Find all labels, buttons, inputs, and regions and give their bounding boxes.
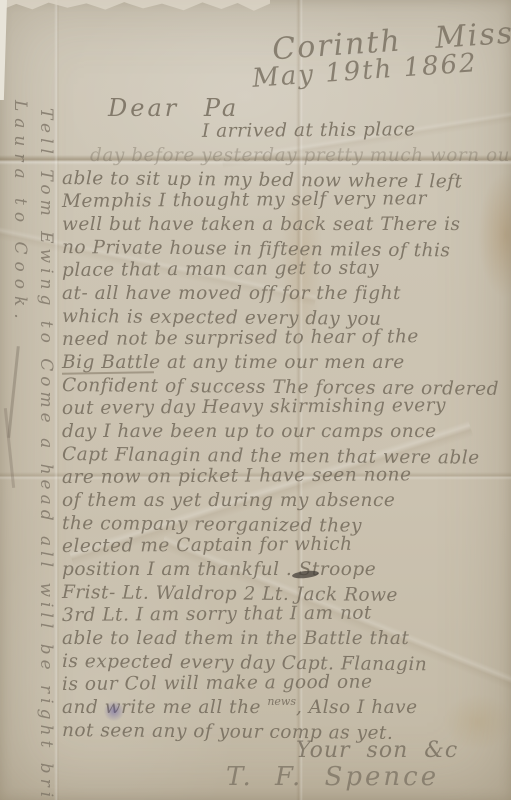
body-line: 3rd Lt. I am sorry that I am not	[62, 600, 510, 627]
letter-closing: Your son &c	[296, 738, 458, 763]
body-line: are now on picket I have seen none	[62, 462, 510, 489]
ink-smudge	[104, 700, 124, 722]
body-line: and write me all the news, Also I have	[62, 696, 510, 719]
body-line: I arrived at this place	[62, 117, 510, 144]
body-line: day I have been up to our camps once	[62, 420, 510, 443]
body-line: is our Col will make a good one	[62, 669, 510, 696]
body-line: at- all have moved off for the fight	[62, 282, 510, 305]
body-line: Big Battle at any time our men are	[62, 351, 510, 374]
body-line: out every day Heavy skirmishing every	[62, 393, 510, 420]
body-line: place that a man can get to stay	[62, 255, 510, 282]
body-line: well but have taken a back seat There is	[62, 213, 510, 236]
letter-signature: T. F. Spence	[226, 762, 439, 792]
letter-photo: Corinth Miss May 19th 1862 Dear Pa I arr…	[0, 0, 511, 800]
body-line: able to lead them in the Battle that	[62, 627, 510, 650]
body-line: Memphis I thought my self very near	[62, 186, 510, 213]
margin-note-line2: Laura to Cook.	[10, 100, 30, 450]
inserted-word: news	[267, 695, 296, 708]
body-line: need not be surprised to hear of the	[62, 324, 510, 351]
body-line: day before yesterday pretty much worn ou…	[62, 144, 510, 167]
body-line: of them as yet during my absence	[62, 489, 510, 512]
body-line: position I am thankful . Stroope	[62, 558, 510, 581]
letter-body: I arrived at this placeday before yester…	[62, 121, 510, 742]
body-line: elected me Captain for which	[62, 531, 510, 558]
margin-note-line1: Tell Tom Ewing to Come a head all will b…	[36, 108, 56, 798]
letter-salutation: Dear Pa	[108, 94, 239, 122]
